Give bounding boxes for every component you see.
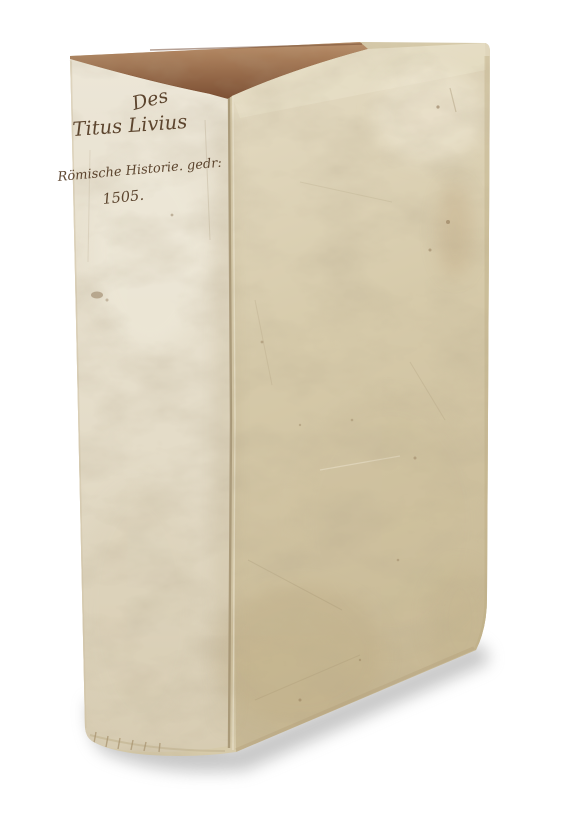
book-photo: Des Titus Livius Römische Historie. gedr… — [0, 0, 570, 815]
book-illustration: Des Titus Livius Römische Historie. gedr… — [0, 0, 570, 815]
surface-details — [60, 35, 500, 765]
vellum-grain — [60, 35, 500, 765]
